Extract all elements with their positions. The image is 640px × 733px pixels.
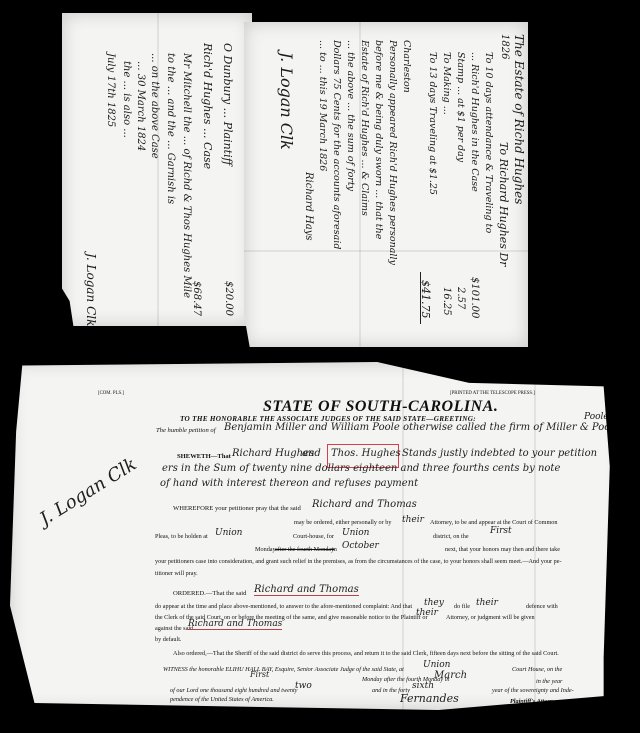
printer-stamp: [PRINTED AT THE TELESCOPE PRESS.]: [450, 391, 535, 396]
petition-document: [COM. PLS.] [PRINTED AT THE TELESCOPE PR…: [10, 362, 622, 710]
affidavit-signer: Richard Hays: [303, 172, 314, 241]
petitioners-name: Benjamin Miller and William Poole otherw…: [224, 422, 619, 433]
affidavit-line: ... the above ... the sum of forty: [345, 40, 356, 191]
ordered-name: Richard and Thomas: [254, 584, 359, 596]
affidavit-line: Estate of Rich'd Hughes ... & Claims: [359, 40, 370, 216]
note-left-line: ... 30 March 1824: [135, 61, 146, 151]
attorney-signature: Fernandes: [400, 692, 459, 705]
note-left-line: the ... is also ...: [121, 61, 132, 138]
account-line: Stamp ... at $1 per day: [455, 52, 466, 162]
against-name: Richard and Thomas: [188, 619, 282, 630]
note-left-line: O Dunbury ... Plaintiff: [221, 43, 234, 165]
independence: pendence of the United States of America…: [170, 696, 274, 703]
our-lord: of our Lord one thousand eight hundred a…: [170, 687, 297, 694]
note-left-line: to the ... and the ... Garnish is: [165, 53, 176, 204]
defendant-2: Thos. Hughes: [331, 448, 401, 459]
com-pls-stamp: [COM. PLS.]: [98, 391, 124, 396]
first-word: First: [490, 526, 512, 536]
page-title: STATE OF SOUTH-CAROLINA.: [263, 398, 498, 416]
account-line: To Making ...: [441, 52, 452, 115]
by-default: by default.: [155, 636, 181, 643]
do-file: do file: [454, 603, 470, 610]
account-line: To 13 days Traveling at $1.25: [427, 52, 438, 195]
note-left-line: Rich'd Hughes ... Case: [201, 43, 214, 169]
margin-signature: J. Logan Clk: [36, 454, 140, 530]
their-3: their: [416, 608, 438, 618]
district-name: Union: [342, 528, 369, 538]
account-amount: 16.25: [441, 287, 452, 316]
monday-in: in: [332, 546, 337, 553]
witness-label: WITNESS the honorable ELIHU HALL BAY, Es…: [163, 666, 404, 673]
monday-label: Monday: [255, 546, 276, 553]
appear-text: do appear at the time and place above-me…: [155, 603, 412, 610]
ordered-line: may be ordered, either personally or by: [294, 519, 391, 526]
witness-place: Union: [423, 660, 450, 670]
will-pray: titioner will pray.: [155, 570, 198, 577]
sixth: sixth: [412, 681, 434, 691]
affidavit-line: before me & being duly sworn ... that th…: [373, 40, 384, 239]
next-text: next, that your honors may then and ther…: [445, 546, 560, 553]
note-left-line: Mr Mitchell the ... of Richd & Thos Hugh…: [181, 53, 192, 298]
court-place: Union: [215, 528, 242, 538]
sovereignty: year of the sovereignty and Inde-: [492, 687, 574, 694]
account-heading: The Estate of Richd Hughes: [512, 34, 526, 204]
note-left-line: ... on the above Case: [149, 53, 160, 159]
pleas-label: Pleas, to be holden at: [155, 533, 208, 540]
total-rule: [420, 272, 421, 324]
their-1: their: [402, 515, 424, 525]
wherefore-name: Richard and Thomas: [312, 499, 417, 510]
account-year: 1826: [499, 34, 510, 59]
account-amount: 2.57: [455, 287, 466, 309]
monday-struck: after the fourth Monday: [275, 546, 334, 553]
consider-text: your petitioners case into consideration…: [155, 558, 562, 565]
sheweth-text: Stands justly indebted to your petition: [402, 448, 597, 459]
also-ordered: Also ordered,—That the Sheriff of the sa…: [173, 650, 559, 657]
affidavit-line: Personally appeared Rich'd Hughes person…: [387, 40, 398, 265]
plaintiffs-attorney: Plaintiff's Attorney.: [510, 698, 560, 705]
account-line: ... Rich'd Hughes in the Case: [469, 52, 480, 192]
defence-with: defence with: [526, 603, 558, 610]
ordered-label: ORDERED.—That the said: [173, 590, 246, 597]
in-the-year: in the year: [536, 678, 562, 685]
paper-fold: [534, 362, 536, 710]
affidavit-line: Charleston: [401, 40, 412, 93]
ordered-line: Attorney, to be and appear at the Court …: [430, 519, 557, 526]
attorney-judgment: Attorney, or judgment will be given: [446, 614, 535, 621]
receipt-note-left: O Dunbury ... Plaintiff Rich'd Hughes ..…: [62, 13, 252, 326]
witness-first: First: [250, 670, 269, 679]
note-left-signature: J. Logan Clk: [84, 253, 98, 326]
affidavit-signature: J. Logan Clk: [277, 52, 296, 150]
witness-month: March: [434, 670, 467, 681]
their-2: their: [476, 598, 498, 608]
account-line: To Richard Hughes Dr: [497, 142, 510, 267]
sheweth-text: ers in the Sum of twenty nine dollars ei…: [162, 463, 560, 474]
affidavit-line: ... to ... this 19 March 1826: [317, 40, 328, 171]
affidavit-line: Dollars 75 Cents for the accounts afores…: [331, 40, 342, 249]
they-word: they: [424, 598, 444, 608]
note-left-line: July 17th 1825: [105, 53, 116, 127]
account-amount: $101.00: [469, 277, 480, 318]
paper-fold: [244, 250, 528, 252]
year-word: two: [295, 681, 312, 691]
sheweth-label: SHEWETH—That: [177, 453, 231, 460]
court-house-on: Court House, on the: [512, 666, 562, 673]
district-label: district, on the: [433, 533, 469, 540]
margin-note: Pooler: [584, 412, 613, 422]
humble-label: The humble petition of: [156, 427, 216, 434]
and-word: and: [302, 448, 321, 459]
month: October: [342, 541, 379, 551]
sheweth-text: of hand with interest thereon and refuse…: [160, 478, 418, 489]
wherefore-label: WHEREFORE your petitioner pray that the …: [173, 505, 301, 512]
account-line: To 10 days attendance & Traveling to: [483, 52, 494, 233]
account-note-right: The Estate of Richd Hughes 1826 To Richa…: [244, 22, 528, 347]
note-left-amount: $20.00: [223, 281, 234, 316]
courthouse-label: Court-house, for: [293, 533, 334, 540]
note-left-amount: $68.47: [191, 281, 202, 316]
